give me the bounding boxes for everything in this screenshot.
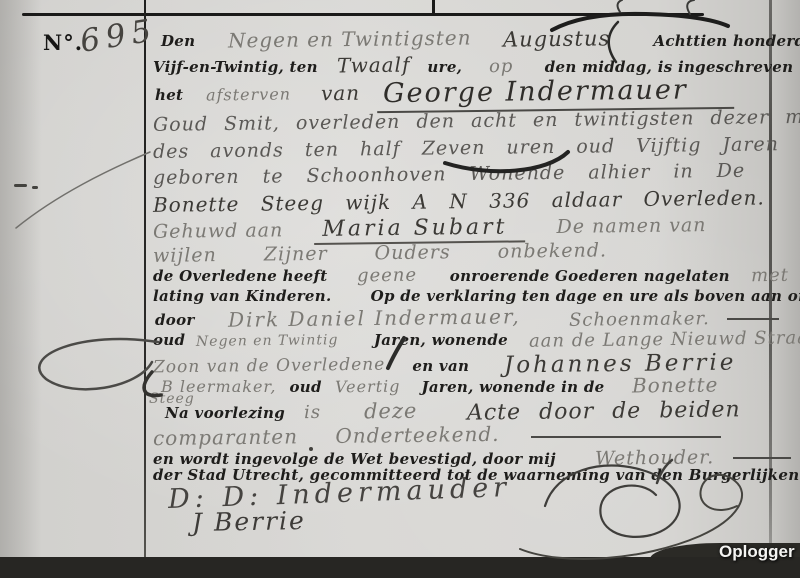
printed-door: door: [155, 311, 195, 329]
hw-death-time-age: des avonds ten half Zeven uren oud Vijft…: [153, 133, 779, 163]
paper-left-shade: [0, 0, 42, 557]
line-ondertekend: comparanten Onderteekend.: [153, 424, 793, 448]
ink-stroke-curl1: [618, 0, 622, 12]
printed-het: het: [155, 86, 183, 104]
printed-jaren-wonende: Jaren, wonende: [374, 331, 508, 349]
line-birthplace: geboren te Schoonhoven Wonende alhier in…: [153, 159, 793, 189]
printed-year-part1: Achttien honderd: [653, 32, 800, 50]
ink-speck: [309, 447, 313, 451]
printed-ure: ure,: [427, 58, 462, 76]
printed-oud: oud: [153, 331, 185, 349]
line-declarant1: door Dirk Daniel Indermauer, Schoenmaker…: [153, 306, 793, 330]
printed-kinderen: lating van Kinderen.: [153, 287, 331, 305]
hw-gehuwd-aan: Gehuwd aan: [153, 219, 284, 243]
hw-acte-beiden: Acte door de beiden: [467, 397, 741, 425]
declarant1-age: Negen en Twintig: [196, 332, 339, 350]
line-death-time-age: des avonds ten half Zeven uren oud Vijft…: [153, 133, 793, 163]
printed-verklaring: Op de verklaring ten dage en ure als bov…: [371, 287, 800, 305]
hw-deze: deze: [364, 399, 418, 424]
record-number-label: N°.: [43, 30, 83, 55]
hw-met: met: [751, 265, 789, 286]
hw-parents-unknown: wijlen Zijner Ouders onbekend.: [153, 239, 607, 267]
hw-birthplace-residence: geboren te Schoonhoven Wonende alhier in…: [153, 160, 745, 189]
line-deceased-name: het afsterven van George Indermauer: [153, 76, 793, 111]
line-voorlezing: Na voorlezing is deze Acte door de beide…: [153, 399, 793, 424]
ink-speck: [32, 186, 38, 189]
line-declaration: lating van Kinderen. Op de verklaring te…: [153, 286, 793, 305]
watermark-label: Oplogger: [719, 542, 795, 562]
hw-de-namen-van: De namen van: [556, 214, 706, 238]
printed-na-voorlezing: Na voorlezing: [165, 404, 285, 422]
line-declarant1-age: oud Negen en Twintig Jaren, wonende aan …: [153, 329, 793, 350]
printed-goederen: onroerende Goederen nagelaten: [450, 267, 730, 285]
hw-afsterven: afsterven: [206, 84, 291, 104]
margin-column-rule: [144, 0, 146, 557]
hw-op: op: [489, 56, 514, 77]
hw-geene: geene: [356, 265, 416, 287]
hw-van: van: [320, 81, 359, 105]
declarant1-street: aan de Lange Nieuwd Straat: [529, 327, 800, 352]
record-number: 695: [78, 12, 160, 60]
printed-den: Den: [161, 32, 195, 50]
scan-bottom-edge: [0, 557, 800, 578]
hw-hour: Twaalf: [337, 53, 411, 78]
hw-is: is: [304, 402, 321, 423]
ink-dash2: [733, 457, 791, 459]
top-column-tick: [432, 0, 435, 13]
printed-middag: den middag, is ingeschreven: [545, 58, 794, 76]
declarant1-name: Dirk Daniel Indermauer,: [228, 304, 521, 332]
ink-stroke-curl2: [687, 0, 694, 14]
ink-stroke-margin-loop: [39, 339, 158, 389]
ink-rule: [531, 436, 721, 438]
hw-month: Augustus: [503, 26, 610, 51]
ink-speck: [14, 184, 27, 187]
hw-day: Negen en Twintigsten: [228, 26, 472, 53]
line-estate: de Overledene heeft geene onroerende Goe…: [153, 265, 793, 286]
declarant1-occupation: Schoenmaker.: [569, 308, 710, 331]
scanned-death-record: N°. 695 Den Negen en Twintigsten Augustu…: [0, 0, 800, 578]
signature-declarant2: J Berrie: [192, 506, 306, 537]
hw-comparanten-ondertekend: comparanten Onderteekend.: [153, 422, 500, 450]
ink-dash: [727, 318, 779, 320]
top-horizontal-rule: [22, 13, 704, 16]
line-date: Den Negen en Twintigsten Augustus Achtti…: [153, 27, 793, 51]
printed-overledene-heeft: de Overledene heeft: [153, 267, 328, 285]
printed-year-part2: Vijf-en-Twintig, ten: [153, 58, 318, 76]
